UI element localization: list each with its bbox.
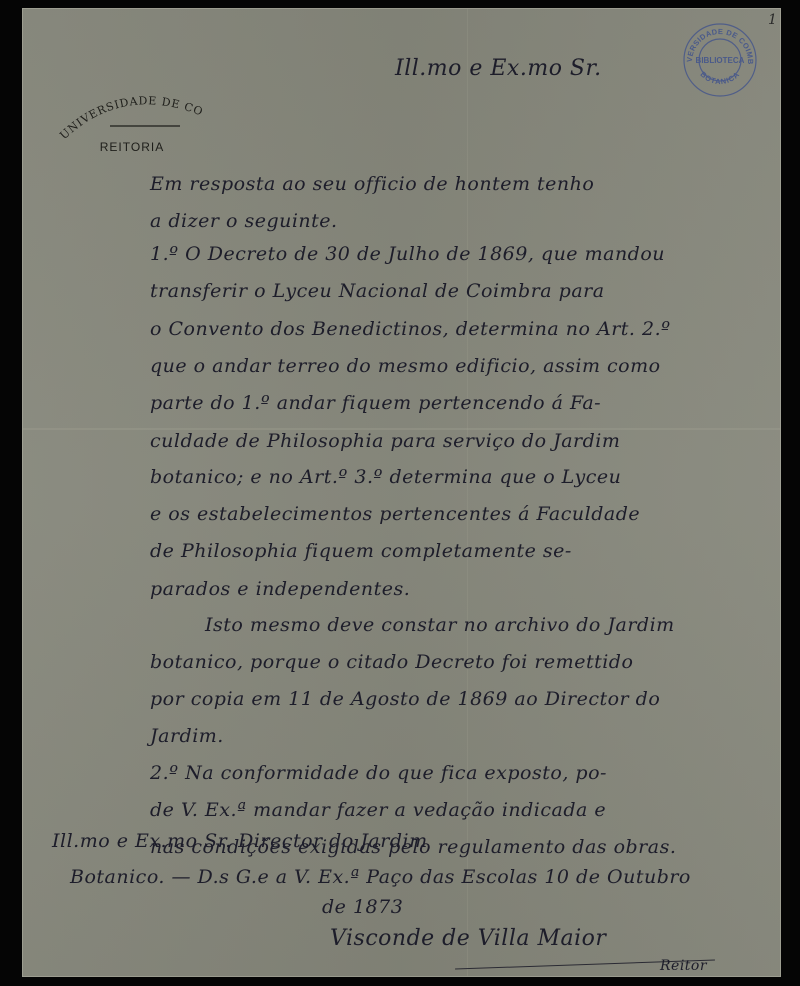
addressee-line: Botanico. — D.s G.e a V. Ex.ª Paço das E… bbox=[70, 866, 691, 888]
letterhead: UNIVERSIDADE DE COIMBRA REITORIA bbox=[52, 88, 212, 168]
fold-line-vertical bbox=[467, 8, 468, 977]
svg-text:BOTANICA: BOTANICA bbox=[698, 70, 741, 86]
body-line: transferir o Lyceu Nacional de Coimbra p… bbox=[150, 280, 605, 302]
signatory-title: Reitor bbox=[660, 958, 707, 974]
body-line: parados e independentes. bbox=[150, 578, 410, 600]
stamp-bottom-text: BOTANICA bbox=[698, 70, 741, 86]
page-number: 1 bbox=[768, 12, 777, 28]
body-line: 1.º O Decreto de 30 de Julho de 1869, qu… bbox=[150, 243, 665, 265]
body-line: e os estabelecimentos pertencentes á Fac… bbox=[150, 503, 640, 525]
body-line: Jardim. bbox=[150, 725, 224, 747]
salutation: Ill.mo e Ex.mo Sr. bbox=[395, 56, 602, 81]
stamp-center-text: BIBLIOTECA bbox=[696, 56, 745, 65]
body-line: parte do 1.º andar fiquem pertencendo á … bbox=[150, 392, 601, 414]
letterhead-arc-icon: UNIVERSIDADE DE COIMBRA bbox=[52, 88, 212, 148]
stamp-seal-icon: UNIVERSIDADE DE COIMBRA BIBLIOTECA BOTAN… bbox=[682, 22, 758, 98]
addressee-line: de 1873 bbox=[322, 896, 403, 918]
body-line: o Convento dos Benedictinos, determina n… bbox=[150, 318, 671, 340]
signature: Visconde de Villa Maior bbox=[330, 926, 606, 951]
body-line: 2.º Na conformidade do que fica exposto,… bbox=[150, 762, 607, 784]
body-line: por copia em 11 de Agosto de 1869 ao Dir… bbox=[150, 688, 660, 710]
body-line: Em resposta ao seu officio de hontem ten… bbox=[150, 173, 594, 195]
body-line: que o andar terreo do mesmo edificio, as… bbox=[150, 355, 661, 377]
addressee-line: Ill.mo e Ex.mo Sr. Director do Jardim bbox=[52, 830, 428, 852]
body-line: a dizer o seguinte. bbox=[150, 210, 338, 232]
body-line: Isto mesmo deve constar no archivo do Ja… bbox=[205, 614, 675, 636]
body-line: botanico, porque o citado Decreto foi re… bbox=[150, 651, 633, 673]
body-line: botanico; e no Art.º 3.º determina que o… bbox=[150, 466, 621, 488]
library-stamp: UNIVERSIDADE DE COIMBRA BIBLIOTECA BOTAN… bbox=[682, 22, 758, 98]
letterhead-office: REITORIA bbox=[52, 140, 212, 154]
svg-text:UNIVERSIDADE DE COIMBRA: UNIVERSIDADE DE COIMBRA bbox=[52, 88, 205, 142]
body-line: de Philosophia fiquem completamente se- bbox=[150, 540, 572, 562]
body-line: de V. Ex.ª mandar fazer a vedação indica… bbox=[150, 799, 606, 821]
letterhead-institution: UNIVERSIDADE DE COIMBRA bbox=[52, 88, 205, 142]
body-line: culdade de Philosophia para serviço do J… bbox=[150, 430, 620, 452]
